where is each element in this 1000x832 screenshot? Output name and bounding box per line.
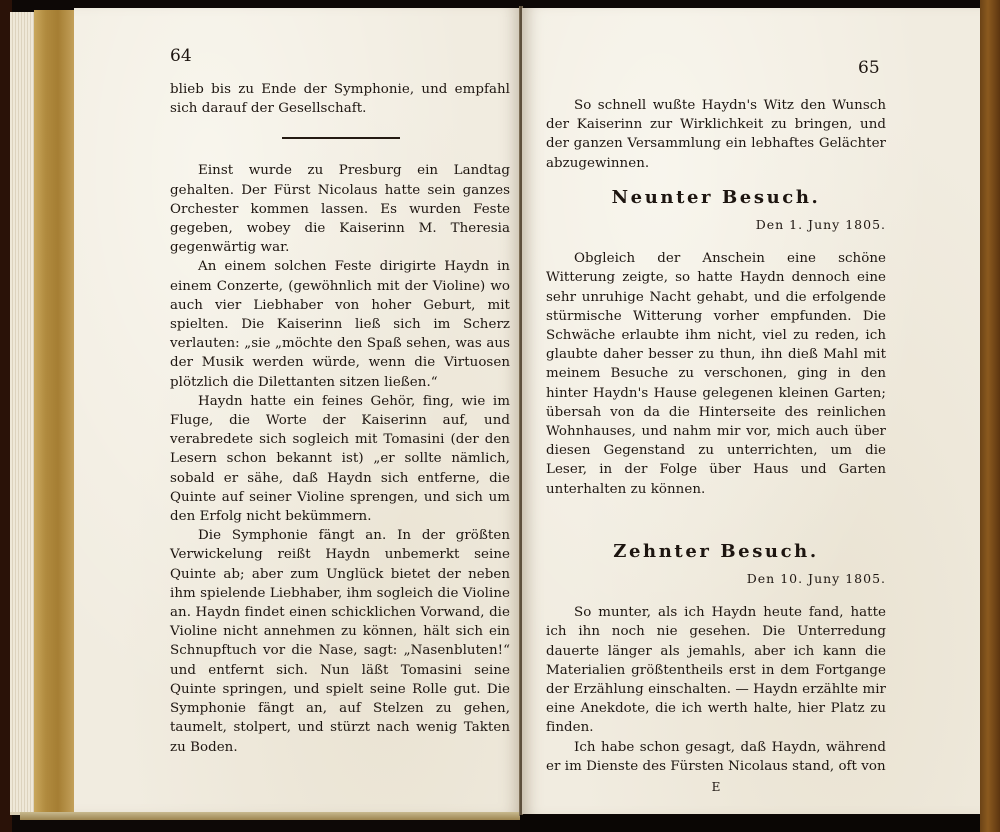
paragraph: Einst wurde zu Presburg ein Landtag geha… xyxy=(170,161,510,257)
section-divider xyxy=(282,137,400,139)
chapter-heading: Zehnter Besuch. xyxy=(546,542,886,561)
right-page: 65 So schnell wußte Haydn's Witz den Wun… xyxy=(522,8,980,814)
left-page-body: blieb bis zu Ende der Symphonie, und emp… xyxy=(170,80,510,757)
open-book: 64 blieb bis zu Ende der Symphonie, und … xyxy=(0,0,1000,832)
chapter-heading: Neunter Besuch. xyxy=(546,188,886,207)
bottom-shadow xyxy=(520,815,980,832)
paragraph: Die Symphonie fängt an. In der größten V… xyxy=(170,526,510,756)
paragraph: So schnell wußte Haydn's Witz den Wunsch… xyxy=(546,96,886,173)
chapter-date: Den 10. Juny 1805. xyxy=(546,569,886,588)
continuation-text: blieb bis zu Ende der Symphonie, und emp… xyxy=(170,80,510,118)
page-number-right: 65 xyxy=(858,58,880,78)
page-edges-bottom xyxy=(20,812,520,820)
paragraph: Obgleich der Anschein eine schöne Witter… xyxy=(546,249,886,499)
paragraph: An einem solchen Feste dirigirte Haydn i… xyxy=(170,257,510,391)
book-cover-right xyxy=(980,0,1000,832)
signature-mark: E xyxy=(546,778,886,797)
paragraph: Ich habe schon gesagt, daß Haydn, währen… xyxy=(546,738,886,776)
paragraph: So munter, als ich Haydn heute fand, hat… xyxy=(546,603,886,737)
paragraph: Haydn hatte ein feines Gehör, fing, wie … xyxy=(170,392,510,526)
left-page: 64 blieb bis zu Ende der Symphonie, und … xyxy=(74,8,520,812)
page-number-left: 64 xyxy=(170,46,192,66)
chapter-date: Den 1. Juny 1805. xyxy=(546,215,886,234)
page-edges-left xyxy=(10,12,36,815)
stained-page-edge xyxy=(34,10,74,814)
right-page-body: So schnell wußte Haydn's Witz den Wunsch… xyxy=(546,96,886,797)
